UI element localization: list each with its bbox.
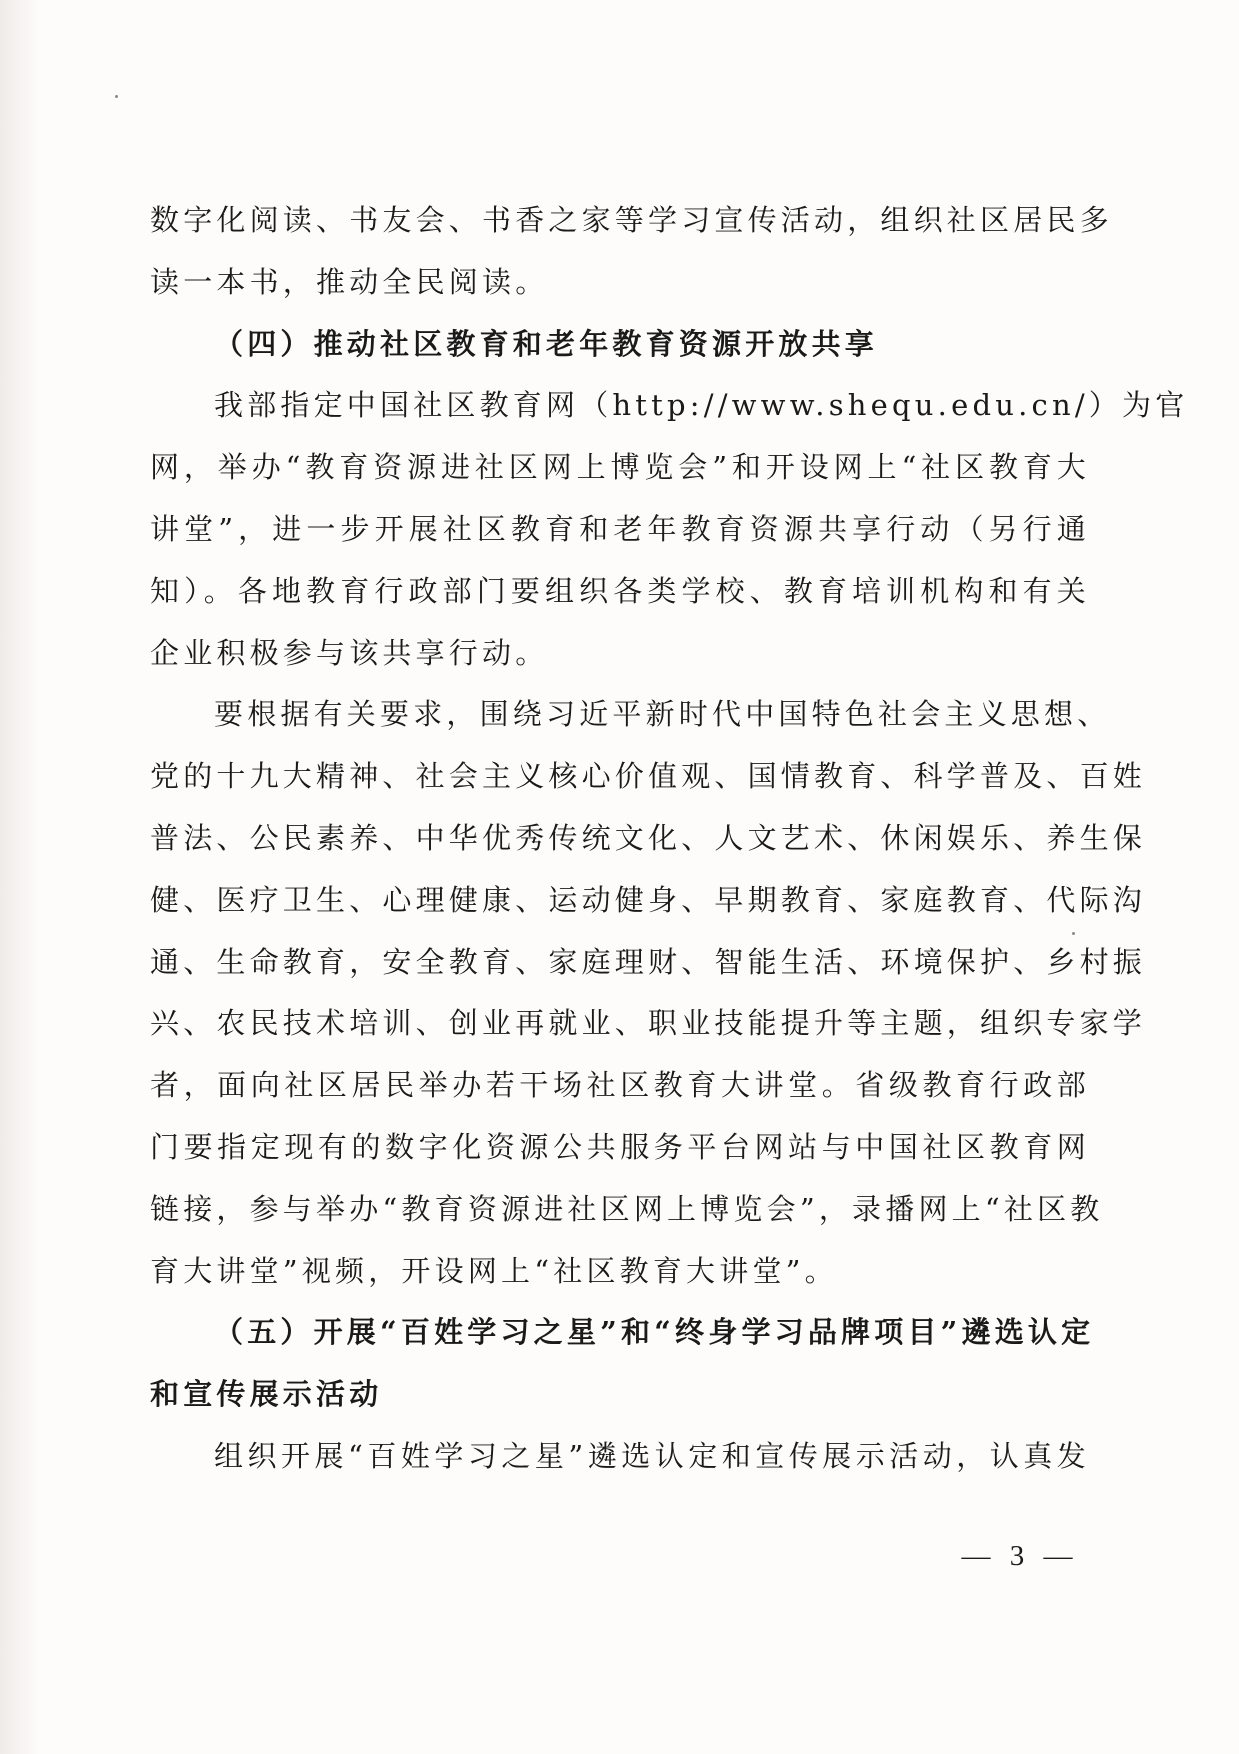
- page-number: — 3 —: [950, 1540, 1090, 1573]
- paragraph-line: 育大讲堂”视频，开设网上“社区教育大讲堂”。: [150, 1241, 1090, 1303]
- paragraph-line: 组织开展“百姓学习之星”遴选认定和宣传展示活动，认真发: [150, 1426, 1090, 1488]
- paragraph-line: 企业积极参与该共享行动。: [150, 623, 1090, 685]
- paragraph-line: 链接，参与举办“教育资源进社区网上博览会”，录播网上“社区教: [150, 1179, 1090, 1241]
- paragraph-line: 门要指定现有的数字化资源公共服务平台网站与中国社区教育网: [150, 1117, 1090, 1179]
- scan-speck: [115, 95, 118, 98]
- paragraph-line: 数字化阅读、书友会、书香之家等学习宣传活动，组织社区居民多: [150, 190, 1090, 252]
- scan-page-edge-shadow: [0, 0, 40, 1754]
- paragraph-line: 者，面向社区居民举办若干场社区教育大讲堂。省级教育行政部: [150, 1055, 1090, 1117]
- paragraph-line: 健、医疗卫生、心理健康、运动健身、早期教育、家庭教育、代际沟: [150, 870, 1090, 932]
- paragraph-line: 知）。各地教育行政部门要组织各类学校、教育培训机构和有关: [150, 561, 1090, 623]
- section-heading-line: 和宣传展示活动: [150, 1364, 1090, 1426]
- paragraph-line: 党的十九大精神、社会主义核心价值观、国情教育、科学普及、百姓: [150, 746, 1090, 808]
- paragraph-line: 我部指定中国社区教育网（http://www.shequ.edu.cn/）为官: [150, 375, 1090, 437]
- paragraph-line: 网，举办“教育资源进社区网上博览会”和开设网上“社区教育大: [150, 437, 1090, 499]
- paragraph-line: 兴、农民技术培训、创业再就业、职业技能提升等主题，组织专家学: [150, 993, 1090, 1055]
- paragraph-line: 读一本书，推动全民阅读。: [150, 252, 1090, 314]
- paragraph-line: 要根据有关要求，围绕习近平新时代中国特色社会主义思想、: [150, 684, 1090, 746]
- section-heading-line: （五）开展“百姓学习之星”和“终身学习品牌项目”遴选认定: [150, 1302, 1090, 1364]
- section-heading-line: （四）推动社区教育和老年教育资源开放共享: [150, 314, 1090, 376]
- paragraph-line: 通、生命教育，安全教育、家庭理财、智能生活、环境保护、乡村振: [150, 932, 1090, 994]
- document-body: 数字化阅读、书友会、书香之家等学习宣传活动，组织社区居民多读一本书，推动全民阅读…: [150, 190, 1090, 1488]
- paragraph-line: 讲堂”，进一步开展社区教育和老年教育资源共享行动（另行通: [150, 499, 1090, 561]
- paragraph-line: 普法、公民素养、中华优秀传统文化、人文艺术、休闲娱乐、养生保: [150, 808, 1090, 870]
- scan-speck: [1072, 932, 1075, 935]
